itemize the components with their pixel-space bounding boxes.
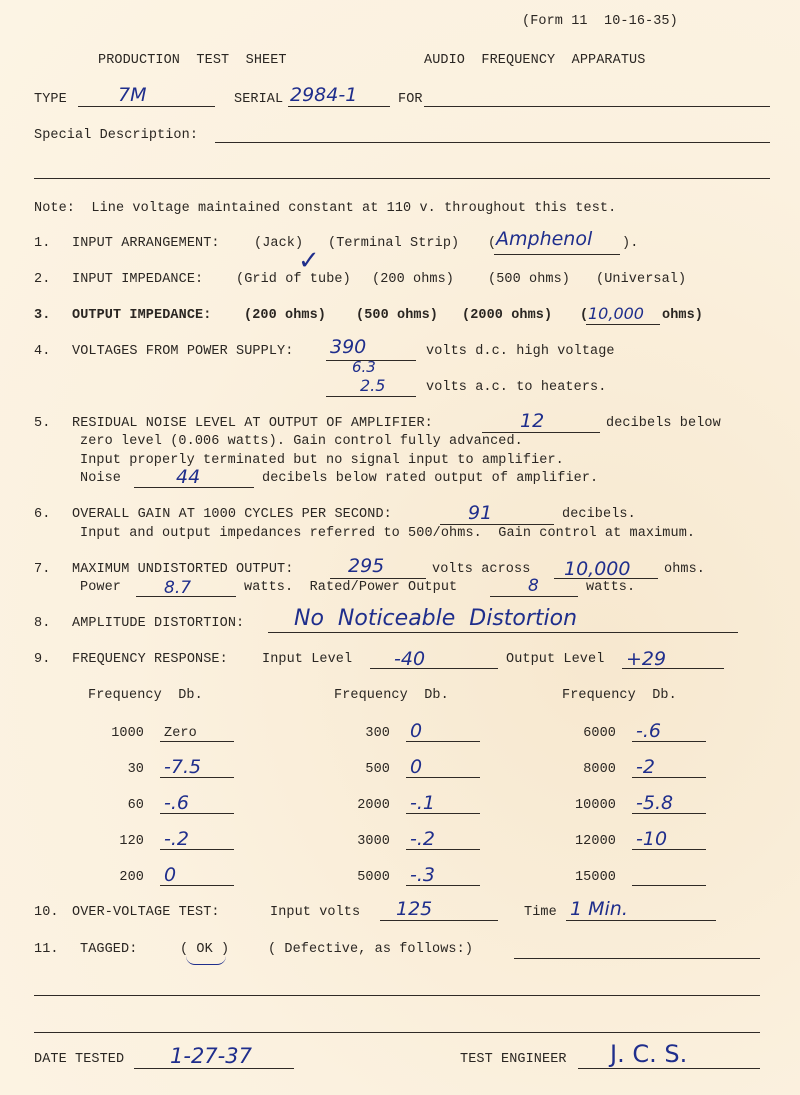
item6-text1: decibels. — [562, 507, 636, 522]
input-level-value[interactable]: -40 — [394, 648, 425, 670]
frequency-cell: 2000 — [346, 798, 390, 813]
item11-label: TAGGED: — [80, 942, 137, 957]
col-header-2: Frequency Db. — [334, 688, 449, 703]
item1-written[interactable]: Amphenol — [496, 228, 592, 250]
residual-noise-value[interactable]: 12 — [520, 410, 544, 432]
frequency-cell: 3000 — [346, 834, 390, 849]
frequency-cell: 8000 — [572, 762, 616, 777]
serial-label: SERIAL — [234, 92, 283, 107]
remarks-line-2[interactable] — [34, 1032, 760, 1033]
input-volts-label: Input volts — [270, 905, 360, 920]
option-500-ohms[interactable]: (500 ohms) — [488, 272, 570, 287]
ac-note: 6.3 — [352, 358, 376, 376]
date-value[interactable]: 1-27-37 — [170, 1044, 252, 1068]
tagged-ok[interactable]: ( OK ) — [180, 942, 229, 957]
item9-num: 9. — [34, 652, 50, 667]
item9-label: FREQUENCY RESPONSE: — [72, 652, 228, 667]
col-header-3: Frequency Db. — [562, 688, 677, 703]
db-cell[interactable]: 0 — [164, 864, 176, 886]
rated-power-text: watts. — [586, 580, 635, 595]
time-value[interactable]: 1 Min. — [570, 898, 628, 920]
header-left: PRODUCTION TEST SHEET — [98, 53, 287, 68]
input-volts-value[interactable]: 125 — [396, 898, 432, 920]
frequency-cell: 12000 — [572, 834, 616, 849]
option-out-2000-ohms[interactable]: (2000 ohms) — [462, 308, 552, 323]
item10-num: 10. — [34, 905, 59, 920]
option-jack[interactable]: (Jack) — [254, 236, 303, 251]
noise-label: Noise — [80, 471, 121, 486]
item6-label: OVERALL GAIN AT 1000 CYCLES PER SECOND: — [72, 507, 392, 522]
option-terminal-strip[interactable]: (Terminal Strip) — [328, 236, 459, 251]
time-label: Time — [524, 905, 557, 920]
rated-power-value[interactable]: 8 — [528, 576, 539, 596]
item2-label: INPUT IMPEDANCE: — [72, 272, 203, 287]
item11-num: 11. — [34, 942, 59, 957]
output-level-label: Output Level — [506, 652, 604, 667]
ac-voltage-value[interactable]: 2.5 — [360, 376, 385, 395]
power-label: Power — [80, 580, 121, 595]
ohms-text: ohms. — [664, 562, 705, 577]
dc-voltage-text: volts d.c. high voltage — [426, 344, 615, 359]
db-cell[interactable]: -2 — [636, 756, 655, 778]
db-cell[interactable]: -.3 — [410, 864, 435, 886]
item2-num: 2. — [34, 272, 50, 287]
db-cell[interactable]: -.2 — [410, 828, 435, 850]
item3-suffix: ohms) — [662, 308, 703, 323]
item1-suffix: ). — [622, 236, 638, 251]
frequency-cell: 15000 — [572, 870, 616, 885]
tagged-defective[interactable]: ( Defective, as follows:) — [268, 942, 473, 957]
output-level-value[interactable]: +29 — [626, 648, 666, 670]
db-cell[interactable]: -.6 — [636, 720, 661, 742]
db-cell[interactable]: 0 — [410, 720, 422, 742]
ok-circle-mark — [186, 956, 226, 965]
item7-label: MAXIMUM UNDISTORTED OUTPUT: — [72, 562, 293, 577]
item3-label: OUTPUT IMPEDANCE: — [72, 308, 211, 323]
check-mark-icon: ✓ — [298, 246, 320, 276]
special-description-field-2[interactable] — [34, 178, 770, 179]
item6-num: 6. — [34, 507, 50, 522]
noise-value[interactable]: 44 — [176, 466, 200, 488]
item6-line2: Input and output impedances referred to … — [80, 526, 695, 541]
db-cell[interactable]: Zero — [164, 726, 197, 741]
db-cell[interactable]: -10 — [636, 828, 667, 850]
db-cell[interactable]: -7.5 — [164, 756, 201, 778]
noise-text: decibels below rated output of amplifier… — [262, 471, 598, 486]
db-cell[interactable]: -.2 — [164, 828, 189, 850]
serial-value[interactable]: 2984-1 — [290, 84, 357, 106]
engineer-value[interactable]: J. C. S. — [610, 1040, 687, 1068]
item5-text1: decibels below — [606, 416, 721, 431]
type-value[interactable]: 7M — [118, 84, 146, 106]
item7-num: 7. — [34, 562, 50, 577]
dc-voltage-value[interactable]: 390 — [330, 336, 366, 358]
frequency-cell: 200 — [100, 870, 144, 885]
for-field[interactable] — [424, 106, 770, 107]
item10-label: OVER-VOLTAGE TEST: — [72, 905, 220, 920]
max-output-volts[interactable]: 295 — [348, 555, 384, 577]
power-text: watts. Rated/Power Output — [244, 580, 457, 595]
item4-label: VOLTAGES FROM POWER SUPPLY: — [72, 344, 293, 359]
db-cell[interactable]: -.1 — [410, 792, 435, 814]
date-label: DATE TESTED — [34, 1052, 124, 1067]
item1-label: INPUT ARRANGEMENT: — [72, 236, 220, 251]
ac-voltage-text: volts a.c. to heaters. — [426, 380, 606, 395]
item3-num: 3. — [34, 308, 50, 323]
db-cell[interactable]: -.6 — [164, 792, 189, 814]
option-200-ohms[interactable]: (200 ohms) — [372, 272, 454, 287]
item5-num: 5. — [34, 416, 50, 431]
item5-label: RESIDUAL NOISE LEVEL AT OUTPUT OF AMPLIF… — [72, 416, 433, 431]
item5-line2: zero level (0.006 watts). Gain control f… — [80, 434, 523, 449]
power-value[interactable]: 8.7 — [164, 578, 191, 598]
frequency-cell: 10000 — [572, 798, 616, 813]
for-label: FOR — [398, 92, 423, 107]
remarks-line-1[interactable] — [34, 995, 760, 996]
engineer-label: TEST ENGINEER — [460, 1052, 567, 1067]
form-id: (Form 11 10-16-35) — [522, 14, 678, 29]
db-cell[interactable]: 0 — [410, 756, 422, 778]
col-header-1: Frequency Db. — [88, 688, 203, 703]
type-label: TYPE — [34, 92, 67, 107]
amplitude-distortion-value[interactable]: No Noticeable Distortion — [294, 606, 577, 631]
item8-label: AMPLITUDE DISTORTION: — [72, 616, 244, 631]
item4-num: 4. — [34, 344, 50, 359]
frequency-cell: 6000 — [572, 726, 616, 741]
input-level-label: Input Level — [262, 652, 352, 667]
option-universal[interactable]: (Universal) — [596, 272, 686, 287]
frequency-cell: 300 — [346, 726, 390, 741]
frequency-cell: 5000 — [346, 870, 390, 885]
db-cell[interactable]: -5.8 — [636, 792, 673, 814]
frequency-cell: 60 — [100, 798, 144, 813]
option-grid-of-tube[interactable]: (Grid of tube) — [236, 272, 351, 287]
overall-gain-value[interactable]: 91 — [468, 502, 492, 524]
option-out-200-ohms[interactable]: (200 ohms) — [244, 308, 326, 323]
header-right: AUDIO FREQUENCY APPARATUS — [424, 53, 645, 68]
frequency-cell: 120 — [100, 834, 144, 849]
volts-across-text: volts across — [432, 562, 530, 577]
item5-line3: Input properly terminated but no signal … — [80, 453, 564, 468]
frequency-cell: 30 — [100, 762, 144, 777]
special-description-field[interactable] — [215, 142, 770, 143]
defective-field[interactable] — [514, 958, 760, 959]
frequency-cell: 1000 — [100, 726, 144, 741]
note: Note: Line voltage maintained constant a… — [34, 201, 616, 216]
frequency-cell: 500 — [346, 762, 390, 777]
option-out-500-ohms[interactable]: (500 ohms) — [356, 308, 438, 323]
item8-num: 8. — [34, 616, 50, 631]
item1-num: 1. — [34, 236, 50, 251]
max-output-ohms[interactable]: 10,000 — [564, 558, 630, 580]
special-description-label: Special Description: — [34, 128, 198, 143]
item3-written[interactable]: 10,000 — [588, 304, 644, 323]
